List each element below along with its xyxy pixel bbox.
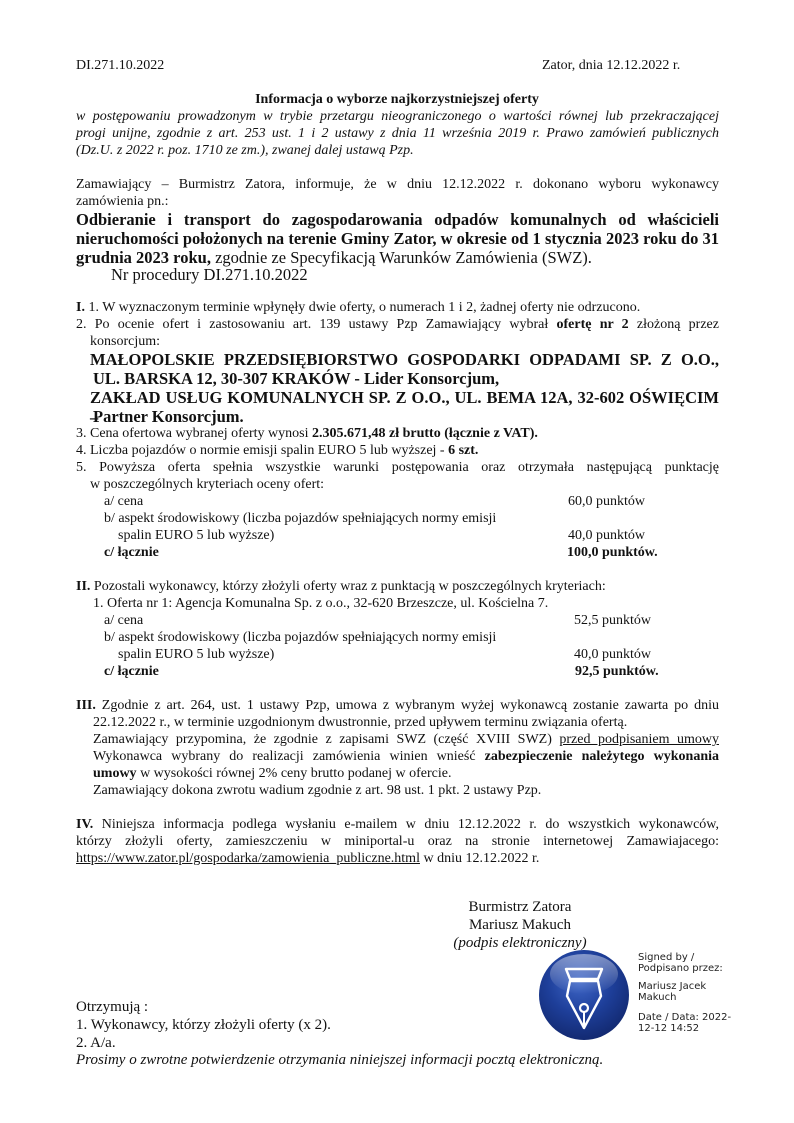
signer-role: Burmistrz Zatora	[420, 898, 620, 916]
section3-line3: Zamawiający przypomina, że zgodnie z zap…	[93, 731, 719, 748]
section1-p5-line2: w poszczególnych kryteriach oceny ofert:	[90, 476, 324, 493]
vehicle-count: 6 szt.	[448, 443, 478, 458]
subtitle-line-1: w postępowaniu prowadzonym w trybie prze…	[76, 108, 719, 125]
intro-line-2: zamówienia pn.:	[76, 193, 169, 210]
intro-line-1: Zamawiający – Burmistrz Zatora, informuj…	[76, 176, 719, 193]
section1-p2: 2. Po ocenie ofert i zastosowaniu art. 1…	[76, 316, 719, 333]
s2-total-label: c/ łącznie	[104, 663, 159, 680]
procedure-number: Nr procedury DI.271.10.2022	[111, 265, 308, 285]
fountain-pen-icon	[537, 948, 631, 1042]
section1-p1: I. 1. W wyznaczonym terminie wpłynęły dw…	[76, 299, 640, 316]
section4-line1: IV. Niniejsza informacja podlega wysłani…	[76, 816, 719, 833]
section4-label: IV.	[76, 817, 93, 832]
s1-criterion-b-points: 40,0 punktów	[568, 527, 645, 544]
s2-criterion-b-label: b/ aspekt środowiskowy (liczba pojazdów …	[104, 629, 496, 646]
section2-p1: II. Pozostali wykonawcy, którzy złożyli …	[76, 578, 606, 595]
s2-criterion-b-label2: spalin EURO 5 lub wyższe)	[118, 646, 274, 663]
signer-full-name: Mariusz Jacek Makuch	[638, 982, 706, 1003]
document-title: Informacja o wyborze najkorzystniejszej …	[0, 91, 794, 108]
recipient-1: 1. Wykonawcy, którzy złożyli oferty (x 2…	[76, 1016, 331, 1034]
signature-badge	[537, 948, 631, 1042]
s2-criterion-a-label: a/ cena	[104, 612, 143, 629]
s1-criterion-b-label: b/ aspekt środowiskowy (liczba pojazdów …	[104, 510, 496, 527]
before-signing-note: przed podpisaniem umowy	[559, 732, 719, 747]
consortium-line-2: UL. BARSKA 12, 30-307 KRAKÓW - Lider Kon…	[93, 369, 499, 389]
section4-line3: https://www.zator.pl/gospodarka/zamowien…	[76, 850, 539, 867]
offer-price: 2.305.671,48 zł brutto (łącznie z VAT).	[312, 426, 538, 441]
s2-criterion-a-points: 52,5 punktów	[574, 612, 651, 629]
s1-criterion-b-label2: spalin EURO 5 lub wyższe)	[118, 527, 274, 544]
section3-line5: umowy w wysokości równej 2% ceny brutto …	[93, 765, 451, 782]
section1-p4: 4. Liczba pojazdów o normie emisji spali…	[76, 442, 478, 459]
selected-offer: ofertę nr 2	[557, 317, 629, 332]
section1-p5-line1: 5. Powyższa oferta spełnia wszystkie war…	[76, 459, 719, 476]
confirmation-request: Prosimy o zwrotne potwierdzenie otrzyman…	[76, 1051, 603, 1069]
subtitle-line-2: progi unijne, zgodnie z art. 253 ust. 1 …	[76, 125, 719, 142]
reference-number: DI.271.10.2022	[76, 57, 164, 74]
signature-date: Date / Data: 2022- 12-12 14:52	[638, 1013, 731, 1034]
signer-name: Mariusz Makuch	[420, 916, 620, 934]
section3-label: III.	[76, 698, 96, 713]
consortium-line-1: MAŁOPOLSKIE PRZEDSIĘBIORSTWO GOSPODARKI …	[90, 350, 719, 370]
place-date: Zator, dnia 12.12.2022 r.	[542, 57, 680, 74]
s2-criterion-b-points: 40,0 punktów	[574, 646, 651, 663]
section2-offer: 1. Oferta nr 1: Agencja Komunalna Sp. z …	[93, 595, 548, 612]
subject-line-2: nieruchomości położonych na terenie Gmin…	[76, 229, 719, 249]
section2-label: II.	[76, 579, 90, 594]
consortium-line-4: Partner Konsorcjum.	[93, 407, 244, 427]
section3-line6: Zamawiający dokona zwrotu wadium zgodnie…	[93, 782, 541, 799]
performance-bond: zabezpieczenie należytego wykonania	[485, 749, 719, 764]
section3-line4: Wykonawca wybrany do realizacji zamówien…	[93, 748, 719, 765]
s1-criterion-a-label: a/ cena	[104, 493, 143, 510]
s2-total-points: 92,5 punktów.	[575, 663, 659, 680]
recipient-2: 2. A/a.	[76, 1034, 116, 1052]
s1-criterion-a-points: 60,0 punktów	[568, 493, 645, 510]
section1-p3: 3. Cena ofertowa wybranej oferty wynosi …	[76, 425, 538, 442]
section3-line2: 22.12.2022 r., w terminie uzgodnionym dw…	[93, 714, 627, 731]
section3-line1: III. Zgodnie z art. 264, ust. 1 ustawy P…	[76, 697, 719, 714]
s1-total-label: c/ łącznie	[104, 544, 159, 561]
signed-by-label: Signed by / Podpisano przez:	[638, 953, 723, 974]
recipients-title: Otrzymują :	[76, 998, 148, 1016]
tender-link[interactable]: https://www.zator.pl/gospodarka/zamowien…	[76, 851, 420, 866]
s1-total-points: 100,0 punktów.	[567, 544, 658, 561]
section1-p2-cont: konsorcjum:	[90, 333, 160, 350]
section1-label: I.	[76, 300, 85, 315]
subject-line-1: Odbieranie i transport do zagospodarowan…	[76, 210, 719, 230]
subtitle-line-3: (Dz.U. z 2022 r. poz. 1710 ze zm.), zwan…	[76, 142, 414, 159]
section4-line2: którzy złożyli oferty, zamieszczeniu w m…	[76, 833, 719, 850]
